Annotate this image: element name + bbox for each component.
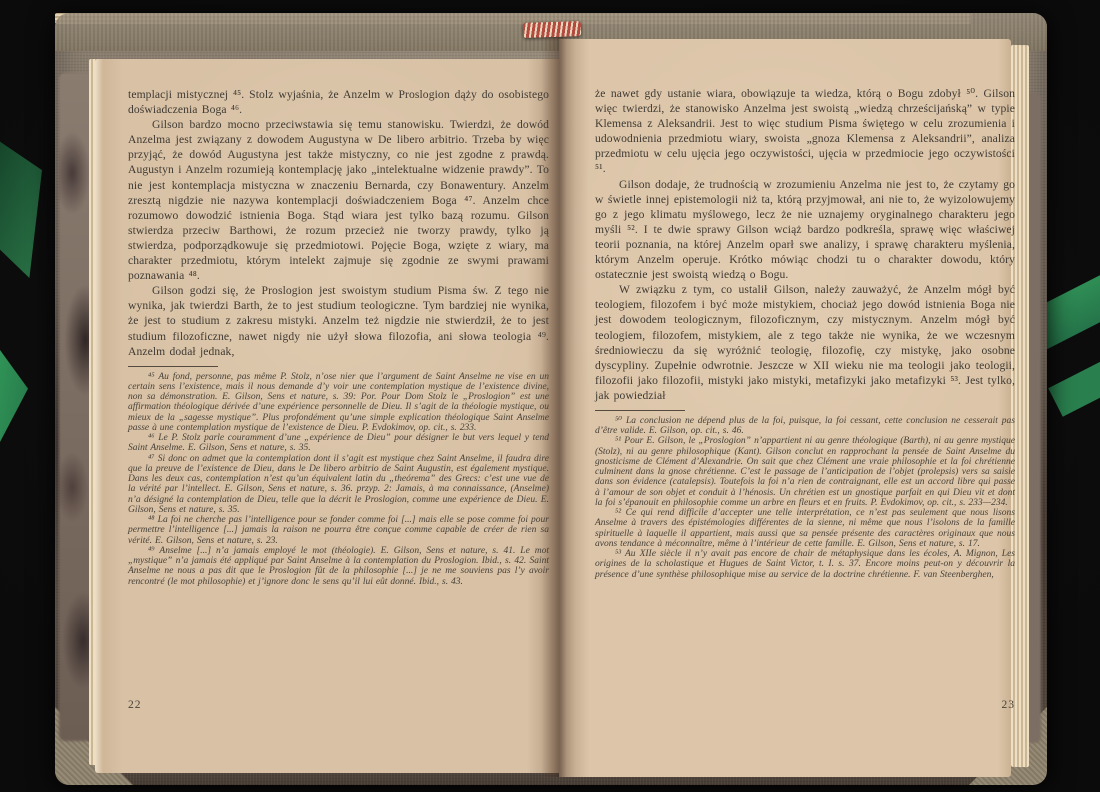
green-cloth-mid-left <box>0 350 28 442</box>
paragraph: Gilson godzi się, że Proslogion jest swo… <box>128 283 549 358</box>
green-cloth-top-left <box>0 136 42 278</box>
footnote: ⁵² Ce qui rend difficile d’accepter une … <box>595 508 1015 549</box>
page-number-left: 22 <box>128 699 142 711</box>
paragraph: Gilson bardzo mocno przeciwstawia się te… <box>128 117 549 283</box>
left-page: templacji mistycznej ⁴⁵. Stolz wyjaśnia,… <box>95 59 559 773</box>
spine-headband <box>523 21 581 38</box>
open-book: templacji mistycznej ⁴⁵. Stolz wyjaśnia,… <box>55 13 1047 785</box>
paragraph: że nawet gdy ustanie wiara, obowiązuje t… <box>595 86 1015 177</box>
footnote: ⁴⁷ Si donc on admet que la contemplation… <box>128 454 549 516</box>
paragraph: W związku z tym, co ustalił Gilson, nale… <box>595 282 1015 403</box>
footnote: ⁴⁵ Au fond, personne, pas même P. Stolz,… <box>128 372 549 434</box>
paragraph: Gilson dodaje, że trudnością w zrozumien… <box>595 177 1015 283</box>
footnote-separator <box>595 410 685 411</box>
footnote: ⁴⁸ La foi ne cherche pas l’intelligence … <box>128 515 549 546</box>
page-number-right: 23 <box>595 699 1015 711</box>
footnote: ⁵⁰ La conclusion ne dépend plus de la fo… <box>595 416 1015 437</box>
footnote-separator <box>128 366 218 367</box>
footnote: ⁵¹ Pour E. Gilson, le „Proslogion” n’app… <box>595 436 1015 508</box>
footnote: ⁴⁶ Le P. Stolz parle couramment d’une „e… <box>128 433 549 454</box>
book-gutter-shadow <box>541 37 575 777</box>
left-page-text: templacji mistycznej ⁴⁵. Stolz wyjaśnia,… <box>128 87 549 587</box>
right-page: że nawet gdy ustanie wiara, obowiązuje t… <box>559 39 1011 777</box>
right-page-text: że nawet gdy ustanie wiara, obowiązuje t… <box>595 86 1015 580</box>
green-cloth-right-lower <box>1048 359 1100 417</box>
footnote: ⁵³ Au XIIe siècle il n’y avait pas encor… <box>595 549 1015 580</box>
paragraph: templacji mistycznej ⁴⁵. Stolz wyjaśnia,… <box>128 87 549 117</box>
photo-backdrop: templacji mistycznej ⁴⁵. Stolz wyjaśnia,… <box>0 0 1100 792</box>
footnote: ⁴⁹ Anselme [...] n’a jamais employé le m… <box>128 546 549 587</box>
